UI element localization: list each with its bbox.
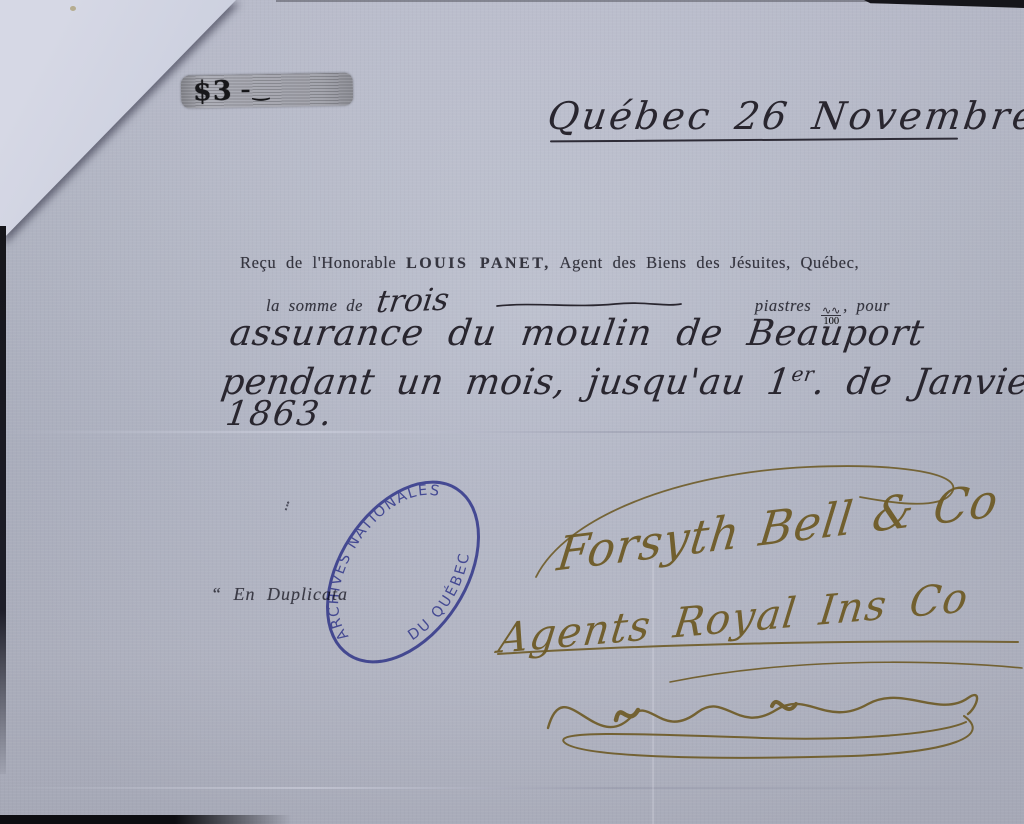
printed-receipt-line: Reçu de l'Honorable LOUIS PANET, Agent d… bbox=[240, 253, 859, 273]
handwritten-body-line1: assurance du moulin de Beauport bbox=[227, 314, 927, 354]
paper-stain bbox=[70, 6, 76, 11]
handwritten-body-line3: 1863. bbox=[223, 394, 336, 434]
archives-stamp: ARCHIVES NATIONALES DU QUÉBEC bbox=[272, 441, 534, 703]
amount-dash-marks: –‿ bbox=[240, 76, 271, 101]
blank-line-stroke bbox=[495, 298, 683, 310]
vertical-fold-crease bbox=[652, 560, 654, 824]
horizontal-fold-crease bbox=[0, 431, 1024, 433]
handwritten-place-date: Québec 26 Novembre bbox=[545, 94, 1024, 138]
amount-value: $3 bbox=[193, 76, 233, 108]
horizontal-fold-crease bbox=[0, 787, 1024, 789]
scanned-receipt-photo: $3 –‿ Québec 26 Novembre 18 62 Reçu de l… bbox=[0, 0, 1024, 824]
handwritten-body-line2: pendant un mois, jusqu'au 1er. de Janvie… bbox=[219, 354, 1024, 403]
stamp-text-bottom: DU QUÉBEC bbox=[402, 545, 483, 650]
payer-name-text: LOUIS PANET, bbox=[406, 255, 551, 272]
payer-title-text: Agent des Biens des Jésuites, Québec, bbox=[560, 253, 860, 272]
amount-stamp-box: $3 –‿ bbox=[181, 73, 354, 109]
body-line2-part-b: . de Janvier bbox=[810, 362, 1024, 403]
dateline: Québec 26 Novembre 18 62 bbox=[548, 94, 1024, 138]
svg-text:DU QUÉBEC: DU QUÉBEC bbox=[402, 545, 483, 650]
receipt-intro-text: Reçu de l'Honorable bbox=[240, 253, 396, 272]
